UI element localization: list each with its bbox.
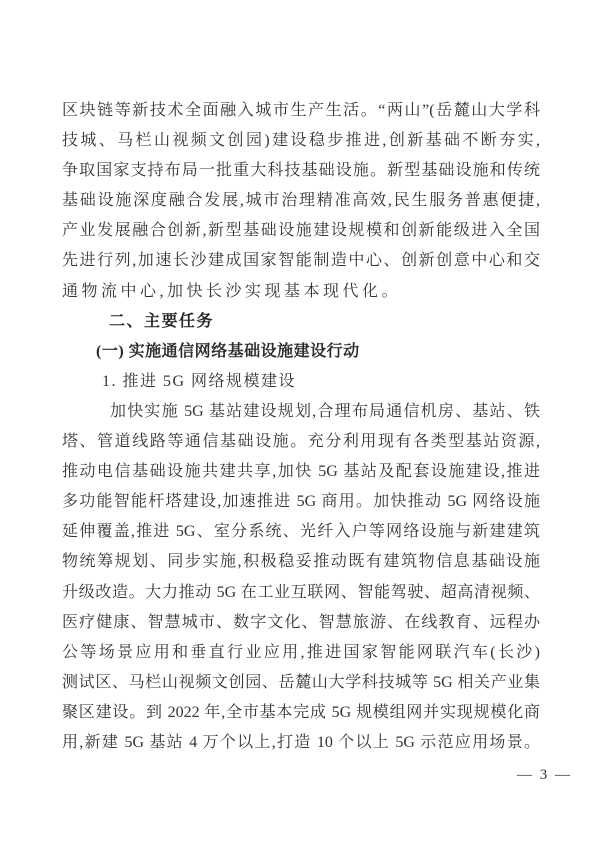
paragraph1-line-3: 争取国家支持布局一批重大科技基础设施。新型基础设施和传统 [62, 156, 540, 186]
paragraph1-line-6: 先进行列,加速长沙建成国家智能制造中心、创新创意中心和交 [62, 246, 540, 276]
paragraph2-line-7: 升级改造。大力推动 5G 在工业互联网、智能驾驶、超高清视频、 [62, 578, 540, 608]
section-heading: 二、主要任务 [62, 307, 540, 337]
paragraph1-line-2: 技城、马栏山视频文创园)建设稳步推进,创新基础不断夯实, [62, 126, 540, 156]
paragraph2-line-4: 多功能智能杆塔建设,加速推进 5G 商用。加快推动 5G 网络设施 [62, 487, 540, 517]
paragraph2-line-6: 物统筹规划、同步实施,积极稳妥推动既有建筑物信息基础设施 [62, 547, 540, 577]
paragraph1-line-5: 产业发展融合创新,新型基础设施建设规模和创新能级进入全国 [62, 216, 540, 246]
paragraph2-line-2: 塔、管道线路等通信基础设施。充分利用现有各类型基站资源, [62, 427, 540, 457]
paragraph2-line-12: 用,新建 5G 基站 4 万个以上,打造 10 个以上 5G 示范应用场景。 [62, 728, 540, 758]
paragraph1-line-1: 区块链等新技术全面融入城市生产生活。“两山”(岳麓山大学科 [62, 96, 540, 126]
item-heading: 1. 推进 5G 网络规模建设 [62, 367, 540, 397]
document-body: 区块链等新技术全面融入城市生产生活。“两山”(岳麓山大学科 技城、马栏山视频文创… [62, 96, 540, 758]
paragraph2-line-5: 延伸覆盖,推进 5G、室分系统、光纤入户等网络设施与新建建筑 [62, 517, 540, 547]
paragraph2-line-10: 测试区、马栏山视频文创园、岳麓山大学科技城等 5G 相关产业集 [62, 668, 540, 698]
page-number: — 3 — [517, 764, 572, 786]
subsection-heading: (一) 实施通信网络基础设施建设行动 [62, 337, 540, 367]
paragraph2-line-8: 医疗健康、智慧城市、数字文化、智慧旅游、在线教育、远程办 [62, 608, 540, 638]
paragraph1-line-7: 通物流中心,加快长沙实现基本现代化。 [62, 277, 540, 307]
paragraph2-line-3: 推动电信基础设施共建共享,加快 5G 基站及配套设施建设,推进 [62, 457, 540, 487]
document-page: 区块链等新技术全面融入城市生产生活。“两山”(岳麓山大学科 技城、马栏山视频文创… [0, 0, 600, 848]
paragraph1-line-4: 基础设施深度融合发展,城市治理精准高效,民生服务普惠便捷, [62, 186, 540, 216]
paragraph2-line-9: 公等场景应用和垂直行业应用,推进国家智能网联汽车(长沙) [62, 638, 540, 668]
paragraph2-line-1: 加快实施 5G 基站建设规划,合理布局通信机房、基站、铁 [62, 397, 540, 427]
paragraph2-line-11: 聚区建设。到 2022 年,全市基本完成 5G 规模组网并实现规模化商 [62, 698, 540, 728]
